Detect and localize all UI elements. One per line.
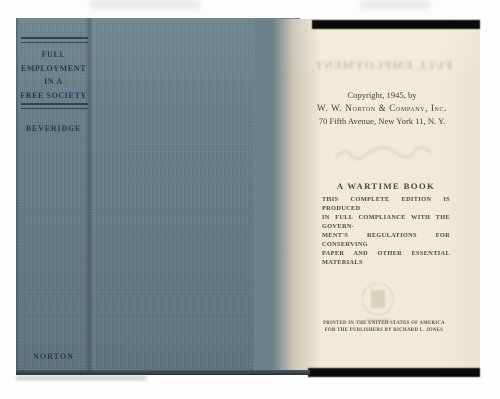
book-photo: FULL EMPLOYMENT IN A FREE SOCIETY BEVERI… bbox=[0, 0, 500, 399]
imprint-line: FOR THE PUBLISHERS BY RICHARD L. JONES bbox=[318, 328, 450, 335]
scan-smudge bbox=[360, 1, 430, 9]
spine-title-line: EMPLOYMENT bbox=[16, 62, 91, 76]
imprint-line: PRINTED IN THE UNITED STATES OF AMERICA bbox=[318, 321, 450, 328]
printer-imprint: PRINTED IN THE UNITED STATES OF AMERICA … bbox=[318, 321, 450, 334]
spine-rule-bottom bbox=[21, 103, 88, 109]
spine-title-line: IN A bbox=[16, 75, 91, 89]
spine-title-line: FULL bbox=[16, 48, 91, 62]
publisher-line: W. W. Norton & Company, Inc. bbox=[312, 103, 452, 113]
address-line: 70 Fifth Avenue, New York 11, N. Y. bbox=[312, 116, 452, 126]
copyright-line: Copyright, 1945, by bbox=[312, 90, 452, 100]
spine-rule-top bbox=[21, 37, 88, 43]
page-bottom-shadow bbox=[308, 368, 480, 377]
spine-title: FULL EMPLOYMENT IN A FREE SOCIETY bbox=[16, 48, 91, 102]
cover-bottom-edge bbox=[16, 370, 310, 375]
wartime-book-emblem bbox=[358, 276, 398, 324]
spine-title-line: FREE SOCIETY bbox=[16, 89, 91, 103]
wartime-notice-line: MENT'S REGULATIONS FOR CONSERVING bbox=[322, 231, 450, 249]
copyright-block: Copyright, 1945, by W. W. Norton & Compa… bbox=[312, 90, 452, 126]
wartime-heading: A WARTIME BOOK bbox=[322, 181, 450, 191]
show-through-signature bbox=[330, 140, 440, 168]
wartime-notice-line: THIS COMPLETE EDITION IS PRODUCED bbox=[322, 195, 450, 213]
wartime-book-notice: A WARTIME BOOK THIS COMPLETE EDITION IS … bbox=[322, 181, 450, 267]
wartime-notice-line: IN FULL COMPLIANCE WITH THE GOVERN- bbox=[322, 213, 450, 231]
wartime-notice-line: PAPER AND OTHER ESSENTIAL MATERIALS bbox=[322, 249, 450, 267]
scan-smudge bbox=[90, 0, 200, 9]
spine-floor-shadow bbox=[16, 376, 146, 380]
emblem-core bbox=[371, 290, 385, 308]
show-through-title-text: FULL EMPLOYMENT bbox=[312, 58, 454, 73]
spine-author: BEVERIDGE bbox=[16, 124, 91, 133]
book-spine: FULL EMPLOYMENT IN A FREE SOCIETY BEVERI… bbox=[16, 18, 91, 375]
page-top-shadow bbox=[312, 20, 480, 29]
spine-publisher: NORTON bbox=[16, 352, 91, 361]
